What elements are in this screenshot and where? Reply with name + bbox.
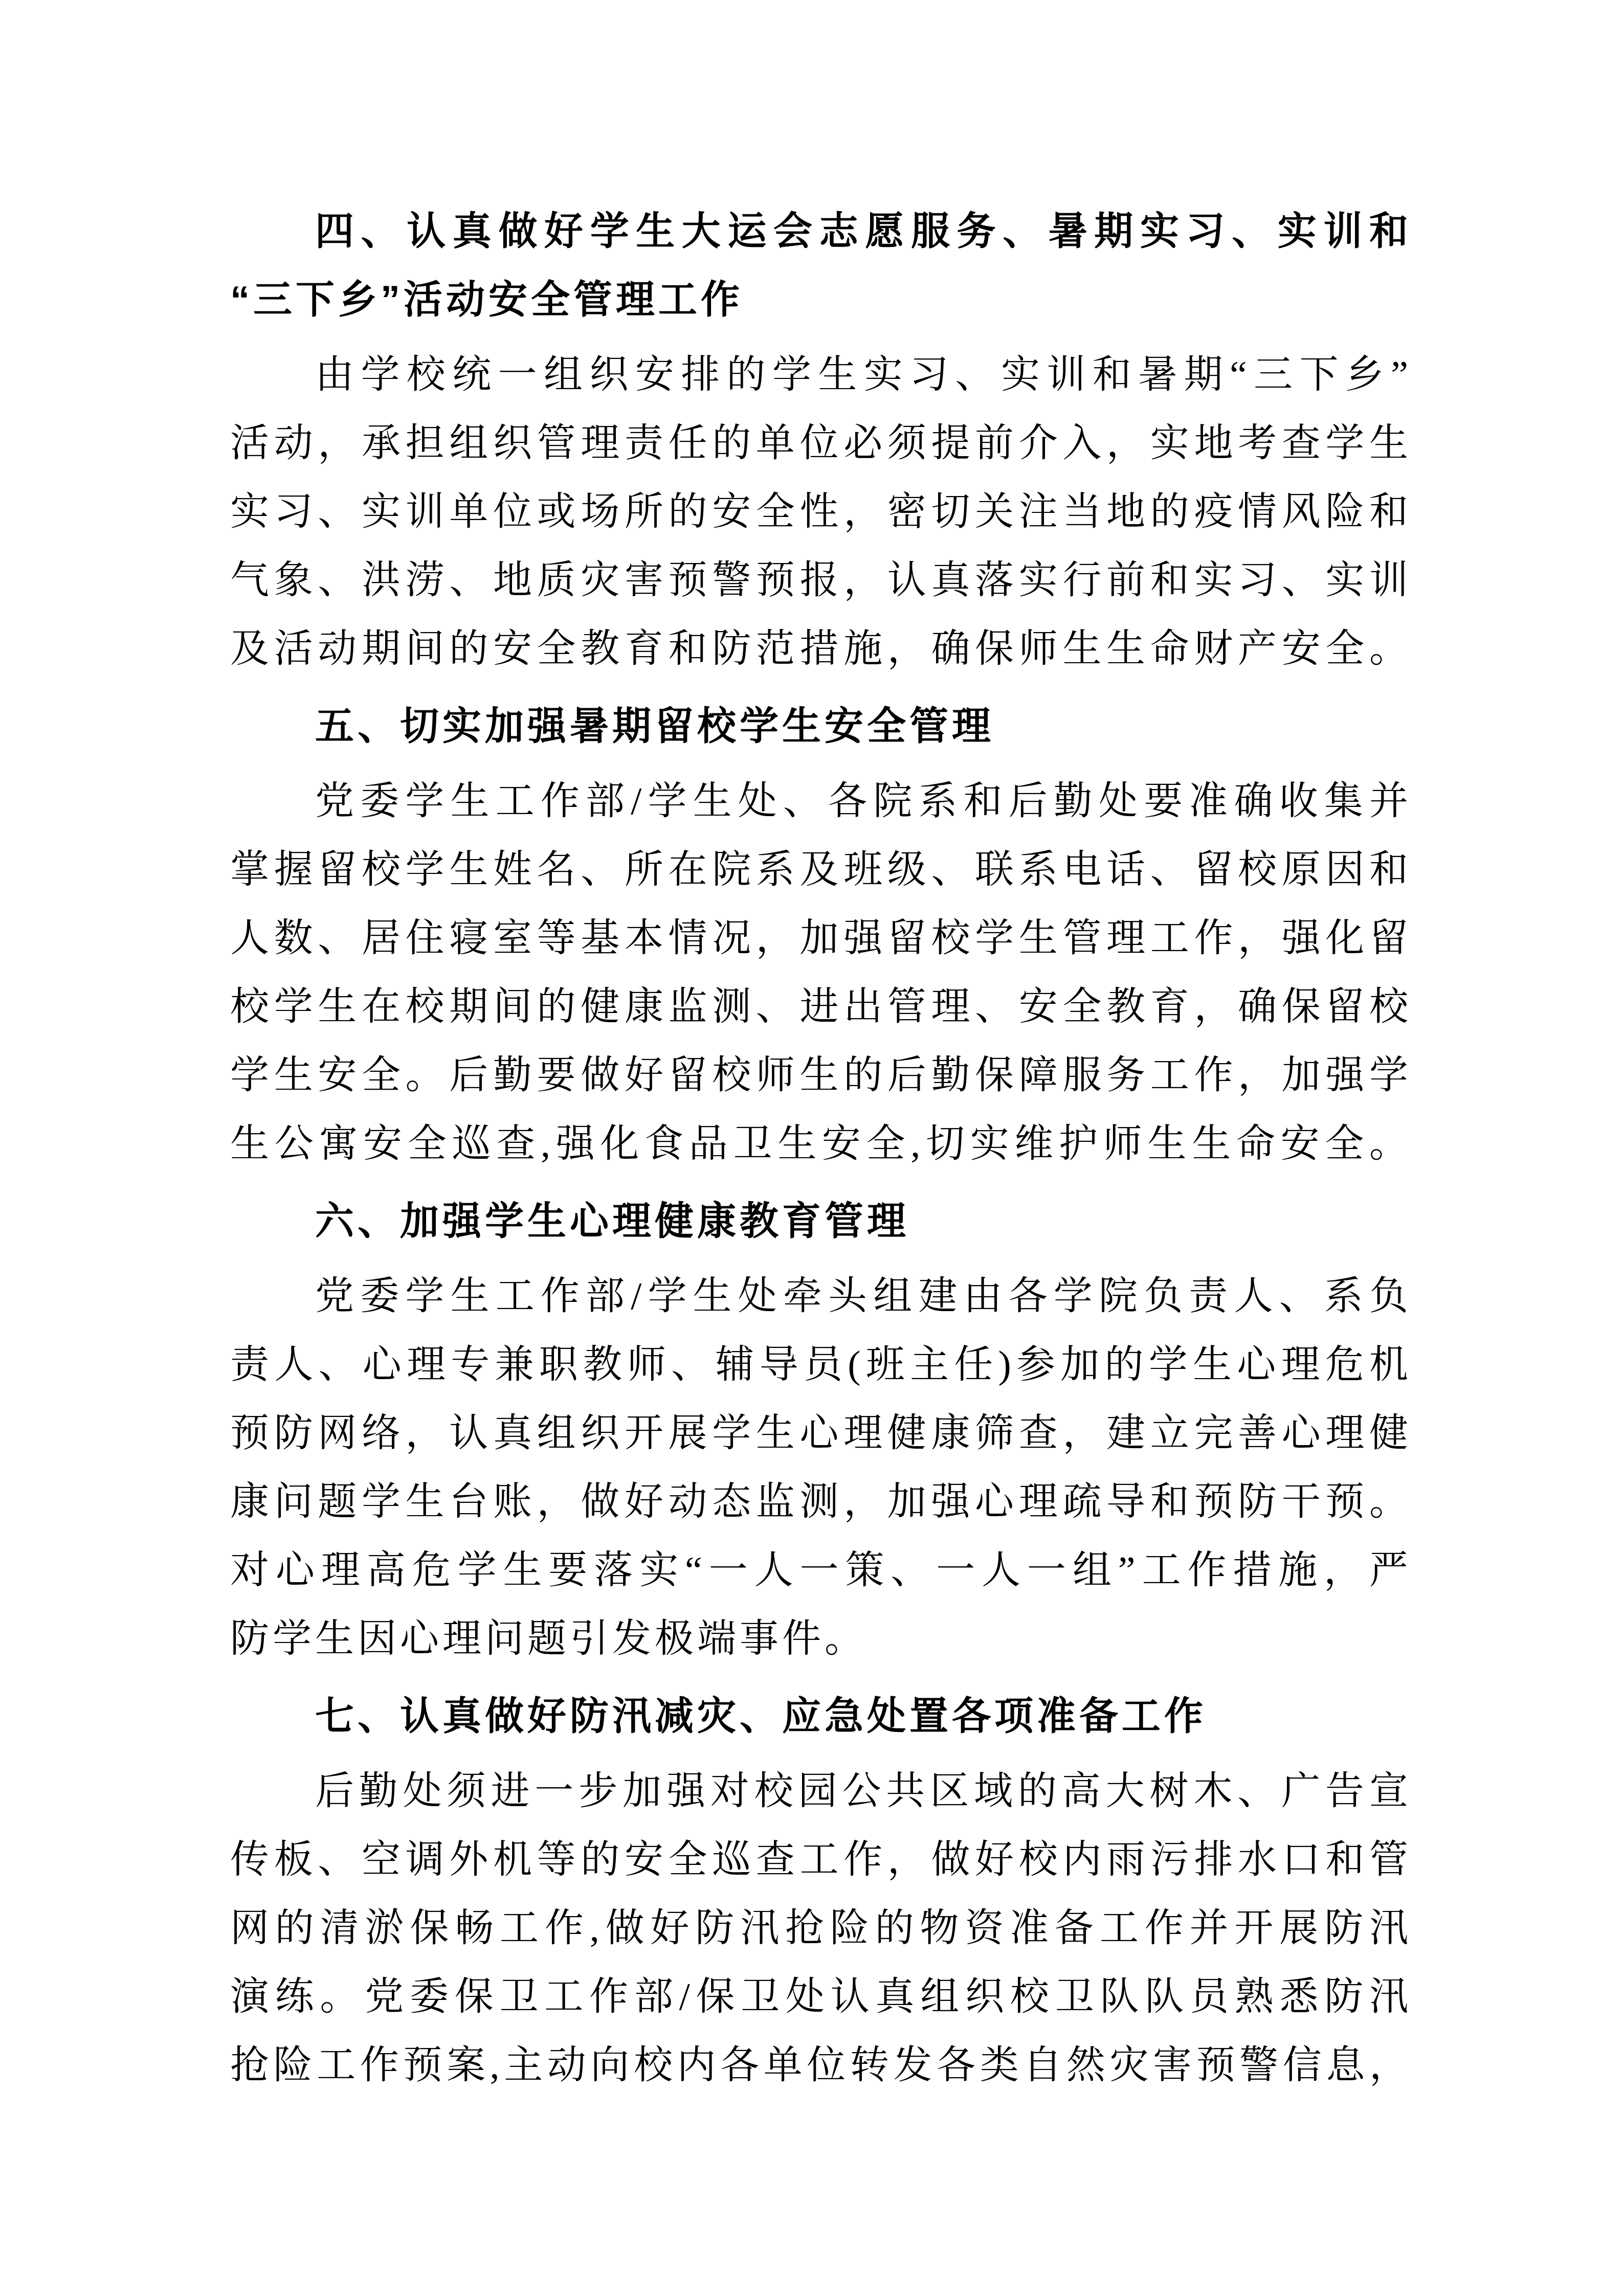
paragraph: 后勤处须进一步加强对校园公共区域的高大树木、广告宣传板、空调外机等的安全巡查工作… [230, 1757, 1412, 2100]
body-line: 及活动期间的安全教育和防范措施，确保师生生命财产安全。 [230, 615, 1412, 683]
body-line: 责人、心理专兼职教师、辅导员(班主任)参加的学生心理危机 [230, 1331, 1412, 1399]
body-line: 后勤处须进一步加强对校园公共区域的高大树木、广告宣 [230, 1757, 1412, 1826]
body-line: 党委学生工作部/学生处牵头组建由各学院负责人、系负 [230, 1262, 1412, 1331]
body-line: 学生安全。后勤要做好留校师生的后勤保障服务工作，加强学 [230, 1041, 1412, 1110]
paragraph: 党委学生工作部/学生处牵头组建由各学院负责人、系负责人、心理专兼职教师、辅导员(… [230, 1262, 1412, 1673]
body-line: 掌握留校学生姓名、所在院系及班级、联系电话、留校原因和 [230, 836, 1412, 904]
body-line: 实习、实训单位或场所的安全性，密切关注当地的疫情风险和 [230, 478, 1412, 546]
body-line: 对心理高危学生要落实“一人一策、一人一组”工作措施，严 [230, 1536, 1412, 1605]
body-line: 传板、空调外机等的安全巡查工作，做好校内雨污排水口和管 [230, 1826, 1412, 1894]
body-line: 网的清淤保畅工作,做好防汛抢险的物资准备工作并开展防汛 [230, 1894, 1412, 1963]
body-line: 康问题学生台账，做好动态监测，加强心理疏导和预防干预。 [230, 1468, 1412, 1536]
body-line: 预防网络，认真组织开展学生心理健康筛查，建立完善心理健 [230, 1399, 1412, 1468]
heading-line: 六、加强学生心理健康教育管理 [230, 1187, 1412, 1256]
section-heading: 六、加强学生心理健康教育管理 [230, 1187, 1412, 1256]
body-line: 由学校统一组织安排的学生实习、实训和暑期“三下乡” [230, 341, 1412, 409]
body-line: 校学生在校期间的健康监测、进出管理、安全教育，确保留校 [230, 973, 1412, 1041]
body-line: 活动，承担组织管理责任的单位必须提前介入，实地考查学生 [230, 409, 1412, 478]
body-line: 生公寓安全巡查,强化食品卫生安全,切实维护师生生命安全。 [230, 1110, 1412, 1178]
heading-line: 五、切实加强暑期留校学生安全管理 [230, 692, 1412, 761]
document-page: 四、认真做好学生大运会志愿服务、暑期实习、实训和“三下乡”活动安全管理工作由学校… [0, 0, 1624, 2296]
body-line: 演练。党委保卫工作部/保卫处认真组织校卫队队员熟悉防汛 [230, 1963, 1412, 2031]
heading-line: 四、认真做好学生大运会志愿服务、暑期实习、实训和 [230, 197, 1412, 266]
section-heading: 七、认真做好防汛减灾、应急处置各项准备工作 [230, 1682, 1412, 1751]
paragraph: 党委学生工作部/学生处、各院系和后勤处要准确收集并掌握留校学生姓名、所在院系及班… [230, 767, 1412, 1178]
body-line: 防学生因心理问题引发极端事件。 [230, 1605, 1412, 1673]
body-line: 气象、洪涝、地质灾害预警预报，认真落实行前和实习、实训 [230, 546, 1412, 615]
body-line: 党委学生工作部/学生处、各院系和后勤处要准确收集并 [230, 767, 1412, 836]
heading-line: 七、认真做好防汛减灾、应急处置各项准备工作 [230, 1682, 1412, 1751]
section-heading: 五、切实加强暑期留校学生安全管理 [230, 692, 1412, 761]
document-content: 四、认真做好学生大运会志愿服务、暑期实习、实训和“三下乡”活动安全管理工作由学校… [230, 197, 1412, 2100]
heading-line: “三下乡”活动安全管理工作 [230, 266, 1412, 334]
paragraph: 由学校统一组织安排的学生实习、实训和暑期“三下乡”活动，承担组织管理责任的单位必… [230, 341, 1412, 683]
body-line: 人数、居住寝室等基本情况，加强留校学生管理工作，强化留 [230, 904, 1412, 973]
body-line: 抢险工作预案,主动向校内各单位转发各类自然灾害预警信息， [230, 2031, 1412, 2100]
section-heading: 四、认真做好学生大运会志愿服务、暑期实习、实训和“三下乡”活动安全管理工作 [230, 197, 1412, 334]
